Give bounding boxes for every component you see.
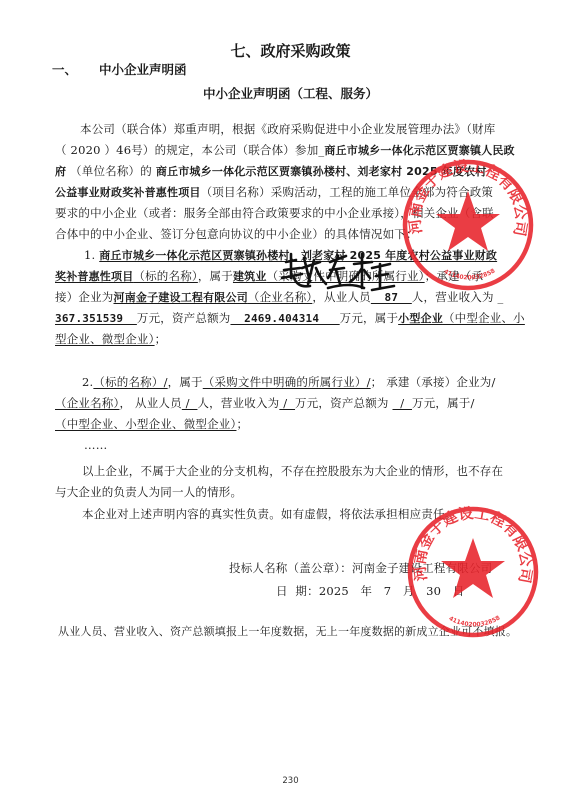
date-year: 2025 <box>319 584 349 598</box>
subsection-number: 一、 <box>52 62 77 77</box>
text: ； <box>236 417 248 431</box>
seal-serial: 4114020032858 <box>448 615 502 629</box>
seal-serial: 4114020032858 <box>443 268 497 282</box>
section-title: 七、政府采购政策 <box>0 40 581 61</box>
year-unit: 年 <box>360 584 372 598</box>
svg-text:4114020032858: 4114020032858 <box>448 615 502 629</box>
label-size-options-end: 型企业、微型企业） <box>55 332 155 346</box>
item1-company-name: 河南金子建设工程有限公司 <box>114 291 248 304</box>
item1-line-4: 367.351539 万元，资产总额为 2469.404314 万元，属于小型企… <box>55 310 525 327</box>
item2-line-1: 2.（标的名称）/，属于（采购文件中明确的所属行业）/； 承建（承接）企业为/ <box>82 374 496 390</box>
document-page: 七、政府采购政策 一、中小企业声明函 中小企业声明函（工程、服务） 本公司（联合… <box>0 0 581 806</box>
letter-title: 中小企业声明函（工程、服务） <box>0 84 581 102</box>
text: 万元，属于/ <box>412 396 475 410</box>
text: 万元，资产总额为 <box>295 396 392 410</box>
item2-line-3: （中型企业、小型企业、微型企业）； <box>55 416 248 432</box>
company-seal-bottom: 河南金子建设工程有限公司 4114020032858 <box>403 502 543 642</box>
subsection-heading: 一、中小企业声明函 <box>52 60 187 78</box>
text: ； <box>155 332 167 346</box>
item2-lot-name: （标的名称）/ <box>93 375 167 389</box>
text: ； 承建（承接）企业为/ <box>371 375 496 389</box>
star-icon <box>436 191 500 251</box>
intro-text: （ 2020 ）46号）的规定，本公司（联合体）参加_ <box>55 143 324 157</box>
text: ， 从业人员 <box>119 396 181 410</box>
label-lot-name: （标的名称） <box>133 269 197 283</box>
item2-industry: （采购文件中明确的所属行业）/ <box>203 375 371 389</box>
intro-line-1: 本公司（联合体）郑重声明，根据《政府采购促进中小企业发展管理办法》（财库 <box>80 121 495 137</box>
intro-text: （单位名称）的 <box>66 164 156 178</box>
declaration-line-2: 与大企业的负责人为同一人的情形。 <box>55 484 242 500</box>
text: 万元，属于 <box>340 311 399 325</box>
item1-enterprise-size: 小型企业 <box>398 312 443 325</box>
svg-text:4114020032858: 4114020032858 <box>443 268 497 282</box>
company-seal-top: 河南金子建设工程有限公司 4114020032858 <box>398 155 538 295</box>
item1-revenue: 367.351539 <box>55 312 137 325</box>
page-number: 230 <box>0 776 581 786</box>
purchaser-name-end: 府 <box>55 165 66 178</box>
declaration-line-1: 以上企业，不属于大企业的分支机构，不存在控股股东为大企业的情形，也不存在 <box>82 463 503 479</box>
item-number: 2. <box>82 375 93 389</box>
ellipsis: …… <box>84 437 107 453</box>
declaration-line-3: 本企业对上述声明内容的真实性负责。如有虚假，将依法承担相应责任。 <box>82 506 456 522</box>
star-icon <box>441 538 505 598</box>
item2-line-2: （企业名称）， 从业人员 / 人，营业收入为 / 万元，资产总额为 / 万元，属… <box>55 395 475 411</box>
item1-total-assets: 2469.404314 <box>230 312 339 325</box>
date-label: 日 期： <box>276 584 319 598</box>
text: 万元，资产总额为 <box>137 311 231 325</box>
text: 接）企业为 <box>55 290 114 304</box>
item2-size-options: （中型企业、小型企业、微型企业） <box>55 417 236 431</box>
item2-company-name: （企业名称） <box>55 396 119 410</box>
bidder-label: 投标人名称（盖公章）： <box>229 561 352 575</box>
text: ，属于 <box>168 375 203 389</box>
text: 人，营业收入为 <box>197 396 279 410</box>
item1-line-5: 型企业、微型企业）； <box>55 331 166 347</box>
item2-revenue: / <box>279 396 295 410</box>
item-number: 1. <box>84 248 99 262</box>
item1-lot-name-end: 奖补普惠性项目 <box>55 270 133 283</box>
item2-total-assets: / <box>393 396 413 410</box>
handwritten-signature <box>280 248 400 296</box>
project-name-end: 公益事业财政奖补普惠性项目 <box>55 186 201 199</box>
label-size-options: （中型企业、小 <box>443 311 525 325</box>
item2-employees: / <box>182 396 198 410</box>
subsection-title: 中小企业声明函 <box>99 62 187 77</box>
item1-industry: 建筑业 <box>233 270 267 283</box>
date-month: 7 <box>384 584 392 598</box>
intro-line-6: 合体中的中小企业、签订分包意向协议的中小企业）的具体情况如下： <box>55 226 418 242</box>
text: ，属于 <box>198 269 233 283</box>
